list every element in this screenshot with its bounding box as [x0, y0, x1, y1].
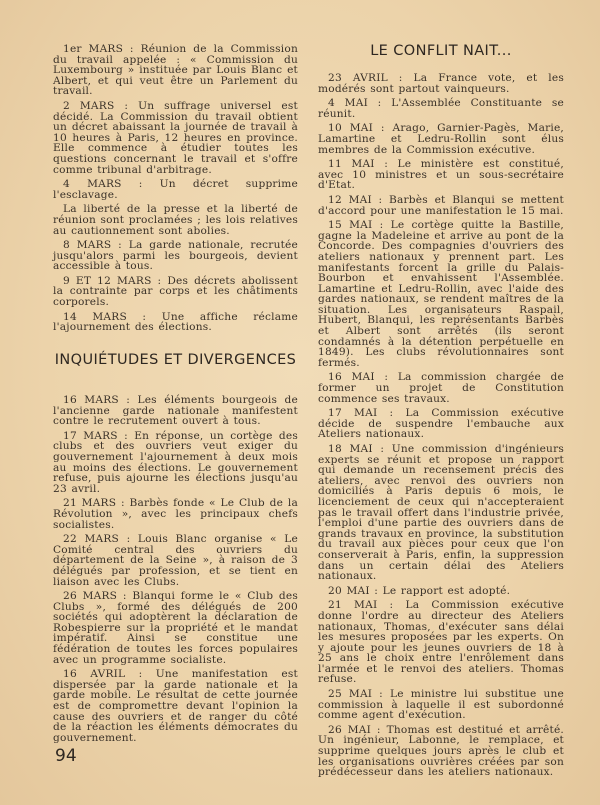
entry: 25 MAI : Le ministre lui substitue une c… [318, 689, 564, 721]
entry: 26 MARS : Blanqui forme le « Club des Cl… [53, 591, 298, 665]
entry: 21 MAI : La Commission exécutive donne l… [318, 600, 564, 685]
entry: 14 MARS : Une affiche réclame l'ajournem… [53, 312, 298, 333]
left-section-heading-wrap: INQUIÉTUDES ET DIVERGENCES [53, 352, 298, 368]
entry: 16 MAI : La commission chargée de former… [318, 372, 564, 404]
entry: 2 MARS : Un suffrage universel est décid… [53, 101, 298, 175]
entry: 26 MAI : Thomas est destitué et arrêté. … [318, 725, 564, 778]
section-title-inquietudes: INQUIÉTUDES ET DIVERGENCES [53, 352, 298, 368]
entry: 16 AVRIL : Une manifestation est dispers… [53, 669, 298, 743]
entry: 4 MAI : L'Assemblée Constituante se réun… [318, 98, 564, 119]
entry: La liberté de la presse et la liberté de… [53, 204, 298, 236]
entry: 9 ET 12 MARS : Des décrets abolissent la… [53, 276, 298, 308]
right-column: 23 AVRIL : La France vote, et les modéré… [318, 73, 564, 782]
entry: 23 AVRIL : La France vote, et les modéré… [318, 73, 564, 94]
entry: 4 MARS : Un décret supprime l'esclavage. [53, 179, 298, 200]
entry: 11 MAI : Le ministère est constitué, ave… [318, 159, 564, 191]
book-page: 1er MARS : Réunion de la Commission du t… [0, 0, 600, 805]
entry: 16 MARS : Les éléments bourgeois de l'an… [53, 395, 298, 427]
entry: 17 MAI : La Commission exécutive décide … [318, 408, 564, 440]
left-column-bottom: 16 MARS : Les éléments bourgeois de l'an… [53, 395, 298, 747]
entry: 21 MARS : Barbès fonde « Le Club de la R… [53, 498, 298, 530]
entry: 20 MAI : Le rapport est adopté. [318, 586, 564, 597]
entry: 12 MAI : Barbès et Blanqui se mettent d'… [318, 195, 564, 216]
page-number: 94 [55, 746, 77, 766]
entry: 18 MAI : Une commission d'ingénieurs exp… [318, 444, 564, 582]
entry: 15 MAI : Le cortège quitte la Bastille, … [318, 220, 564, 368]
left-column-top: 1er MARS : Réunion de la Commission du t… [53, 44, 298, 337]
entry: 10 MAI : Arago, Garnier-Pagès, Marie, La… [318, 123, 564, 155]
entry: 8 MARS : La garde nationale, recrutée ju… [53, 240, 298, 272]
entry: 17 MARS : En réponse, un cortège des clu… [53, 431, 298, 495]
entry: 1er MARS : Réunion de la Commission du t… [53, 44, 298, 97]
section-title-le-conflit-nait: LE CONFLIT NAIT... [318, 43, 564, 59]
entry: 22 MARS : Louis Blanc organise « Le Comi… [53, 534, 298, 587]
right-section-heading-wrap: LE CONFLIT NAIT... [318, 43, 564, 59]
